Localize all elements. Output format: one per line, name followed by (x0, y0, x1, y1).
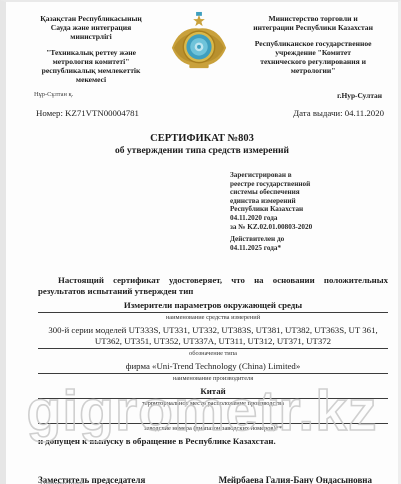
committee-name-kk: "Техникалық реттеу және метрология комит… (20, 48, 162, 84)
serial-numbers-value (38, 420, 388, 424)
emblem-box (167, 11, 231, 73)
city-kk: Нұр-Сұлтан қ. (34, 91, 73, 100)
number-value: KZ71VTN00004781 (65, 108, 139, 118)
signature-row: Заместитель председателя Мейрбаева Галия… (38, 475, 388, 484)
field-production-location: Китай территориальное место расположение… (38, 386, 388, 408)
header-kazakh-block: Қазақстан Республикасының Сауда және инт… (20, 11, 162, 84)
header-russian-block: Министерство торговли и интеграции Респу… (236, 11, 390, 75)
kazakhstan-emblem-icon (168, 11, 230, 73)
ministry-name-ru: Министерство торговли и интеграции Респу… (236, 14, 390, 32)
date-value: 04.11.2020 (345, 108, 384, 118)
certificate-body: Настоящий сертификат удостоверяет, что н… (6, 275, 398, 484)
committee-name-ru: Республиканское государственное учрежден… (236, 39, 390, 75)
closing-statement: и допущен к выпуску в обращение в Респуб… (38, 436, 388, 446)
field-serial-numbers: заводские номера (диапазон заводских ном… (38, 420, 388, 433)
city-row: Нұр-Сұлтан қ. г.Нур-Султан (6, 91, 398, 100)
instrument-name-value: Измерители параметров окружающей среды (38, 300, 388, 313)
certificate-title: СЕРТИФИКАТ №803 (6, 133, 398, 144)
certificate-page: Қазақстан Республикасының Сауда және инт… (0, 0, 401, 484)
registry-entry: Зарегистрирован в реестре государственно… (230, 171, 380, 231)
city-ru: г.Нур-Султан (337, 91, 382, 100)
date-label: Дата выдачи: (293, 108, 342, 118)
field-manufacturer: фирма «Uni-Trend Technology (China) Limi… (38, 361, 388, 383)
number-label: Номер: (36, 108, 63, 118)
serial-numbers-caption: заводские номера (диапазон заводских ном… (38, 425, 388, 433)
manufacturer-caption: наименование производителя (38, 375, 388, 383)
certificate-number: Номер: KZ71VTN00004781 (36, 108, 139, 118)
instrument-name-caption: наименование средства измерений (38, 314, 388, 322)
type-designation-value: 300-й серии моделей UT333S, UT331, UT332… (38, 325, 388, 349)
meta-row: Номер: KZ71VTN00004781 Дата выдачи: 04.1… (6, 108, 398, 118)
manufacturer-value: фирма «Uni-Trend Technology (China) Limi… (38, 361, 388, 374)
issue-date: Дата выдачи: 04.11.2020 (293, 108, 384, 118)
intro-paragraph: Настоящий сертификат удостоверяет, что н… (38, 275, 388, 297)
ministry-name-kk: Қазақстан Республикасының Сауда және инт… (20, 14, 162, 41)
production-location-caption: территориальное место расположение произ… (38, 400, 388, 408)
registry-valid-until: Действителен до 04.11.2025 года* (230, 235, 380, 252)
field-type-designation: 300-й серии моделей UT333S, UT331, UT332… (38, 325, 388, 358)
title-block: СЕРТИФИКАТ №803 об утверждении типа сред… (6, 133, 398, 156)
certificate-subtitle: об утверждении типа средств измерений (6, 146, 398, 156)
header: Қазақстан Республикасының Сауда және инт… (6, 11, 398, 84)
registry-block: Зарегистрирован в реестре государственно… (230, 171, 380, 252)
signatory-name: Мейрбаева Галия-Бану Ондасыновна (219, 475, 372, 484)
footnote-partial: Примечание: (40, 479, 85, 484)
field-instrument-name: Измерители параметров окружающей среды н… (38, 300, 388, 322)
production-location-value: Китай (38, 386, 388, 399)
type-designation-caption: обозначение типа (38, 350, 388, 358)
